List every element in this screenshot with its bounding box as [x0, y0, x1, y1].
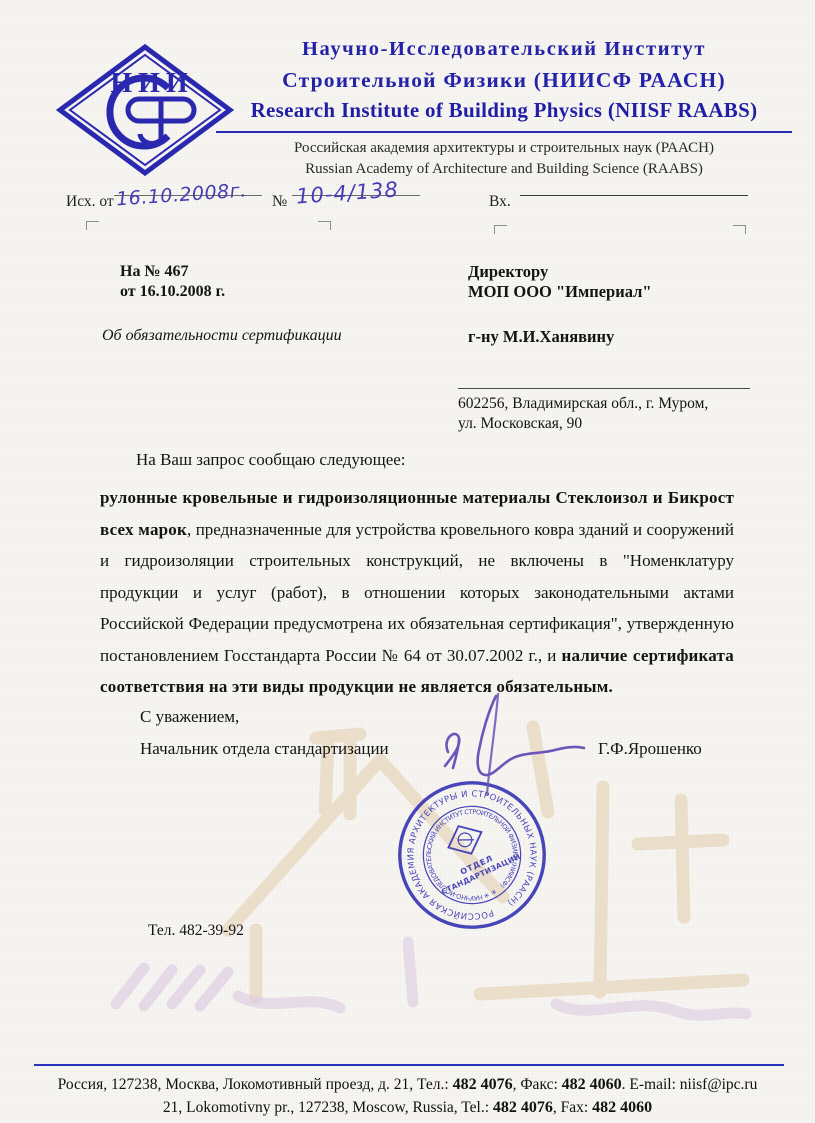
footer-en-mid: , Fax: — [553, 1099, 592, 1116]
in-reply-date: от 16.10.2008 г. — [120, 282, 225, 302]
body-paragraph: рулонные кровельные и гидроизоляционные … — [100, 482, 734, 703]
outgoing-label: Исх. от — [66, 193, 114, 211]
reference-row: Исх. от 16.10.2008г. № 10-4/138 Вх. — [0, 193, 815, 239]
signer-title: Начальник отдела стандартизации — [140, 739, 389, 759]
footer-ru-fax: 482 4060 — [562, 1076, 622, 1093]
addressee-position: Директору — [468, 262, 652, 282]
niisf-diamond-logo: НИИ — [56, 44, 234, 176]
handwritten-signature — [418, 686, 593, 806]
academy-subtitle-ru: Российская академия архитектуры и строит… — [213, 140, 795, 157]
footer-address-en: 21, Lokomotivny pr., 127238, Moscow, Rus… — [0, 1099, 815, 1117]
footer-en-fax: 482 4060 — [592, 1099, 652, 1116]
address-line-1: 602256, Владимирская обл., г. Муром, — [458, 394, 708, 414]
corner-mark — [318, 221, 331, 230]
body-intro: На Ваш запрос сообщаю следующее: — [100, 450, 740, 470]
letter-page: НИИ Научно-Исследовательский Институт Ст… — [0, 0, 815, 1123]
subject-line: Об обязательности сертификации — [102, 327, 342, 345]
institute-title-ru-2: Строительной Физики (НИИСФ РААСН) — [213, 68, 795, 93]
address-line-2: ул. Московская, 90 — [458, 414, 708, 434]
addressee-name: г-ну М.И.Ханявину — [468, 327, 614, 347]
footer-ru-mid: , Факс: — [513, 1076, 562, 1093]
logo-letters: НИИ — [110, 68, 193, 99]
footer-ru-tel: 482 4076 — [453, 1076, 513, 1093]
footer-ru-email: . E-mail: niisf@ipc.ru — [622, 1076, 758, 1093]
letterhead-divider — [216, 131, 792, 133]
footer-address-ru: Россия, 127238, Москва, Локомотивный про… — [0, 1076, 815, 1094]
corner-mark — [494, 225, 507, 234]
closing-salutation: С уважением, — [140, 707, 239, 727]
incoming-line — [520, 195, 748, 196]
addressee-block: Директору МОП ООО "Империал" — [468, 262, 652, 302]
institute-title-en: Research Institute of Building Physics (… — [213, 98, 795, 123]
addressee-address: 602256, Владимирская обл., г. Муром, ул.… — [458, 394, 708, 434]
institute-title-ru-1: Научно-Исследовательский Институт — [213, 38, 795, 61]
number-label: № — [272, 193, 287, 211]
phone-line: Тел. 482-39-92 — [148, 922, 244, 940]
body-text-1: , предназначенные для устройства кровель… — [100, 520, 734, 665]
academy-subtitle-en: Russian Academy of Architecture and Buil… — [213, 161, 795, 178]
outgoing-date-handwriting: 16.10.2008г. — [115, 179, 247, 210]
number-handwriting: 10-4/138 — [295, 177, 399, 208]
letterhead: Научно-Исследовательский Институт Строит… — [213, 38, 795, 178]
corner-mark — [733, 225, 746, 234]
in-reply-to-block: На № 467 от 16.10.2008 г. — [120, 262, 225, 302]
footer-en-prefix: 21, Lokomotivny pr., 127238, Moscow, Rus… — [163, 1099, 493, 1116]
stamp-center-logo — [442, 818, 488, 861]
footer-ru-prefix: Россия, 127238, Москва, Локомотивный про… — [58, 1076, 453, 1093]
footer-en-tel: 482 4076 — [493, 1099, 553, 1116]
signer-name: Г.Ф.Ярошенко — [598, 739, 702, 759]
footer-divider — [34, 1064, 784, 1066]
in-reply-number: На № 467 — [120, 262, 225, 282]
address-divider — [458, 388, 750, 389]
incoming-label: Вх. — [489, 193, 511, 211]
addressee-company: МОП ООО "Империал" — [468, 282, 652, 302]
corner-mark — [86, 221, 99, 230]
